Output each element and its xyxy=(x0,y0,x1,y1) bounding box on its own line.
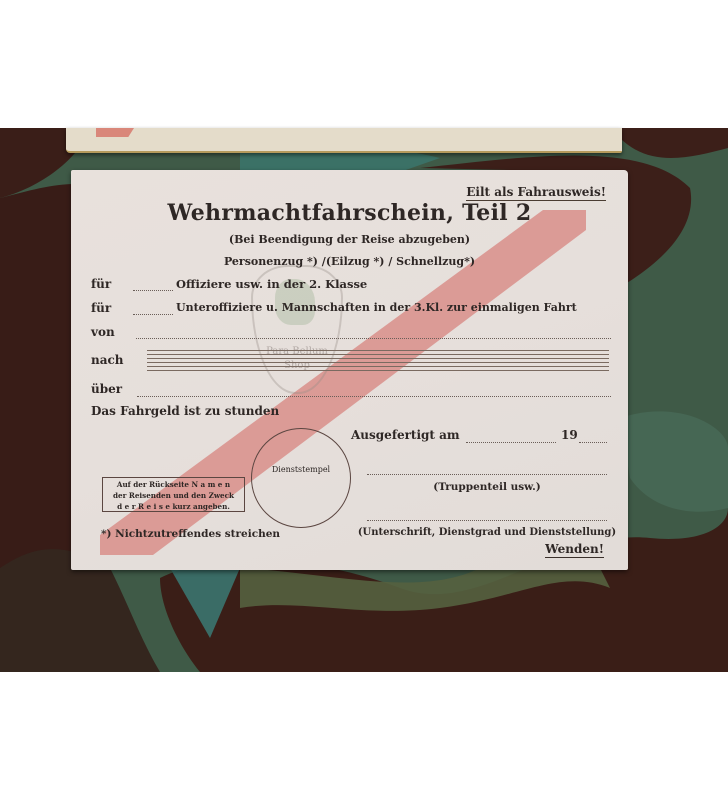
instruction-line-2: der Reisenden und den Zweck xyxy=(106,490,241,501)
signature-field[interactable] xyxy=(367,520,607,521)
issued-on-label: Ausgefertigt am xyxy=(351,428,460,442)
footnote: *) Nichtzutreffendes streichen xyxy=(101,528,280,540)
issued-year-field[interactable] xyxy=(579,442,607,443)
via-field[interactable] xyxy=(137,396,611,397)
row-label-nach: nach xyxy=(91,353,124,367)
year-prefix: 19 xyxy=(561,428,578,442)
row-text-officers: Offiziere usw. in der 2. Klasse xyxy=(176,277,367,291)
instruction-line-3: d e r R e i s e kurz angeben. xyxy=(106,501,241,512)
valid-as-ticket-badge: Eilt als Fahrausweis! xyxy=(466,185,606,201)
signature-label: (Unterschrift, Dienstgrad und Dienststel… xyxy=(357,527,617,538)
row-field-fuer-2[interactable] xyxy=(133,314,173,315)
fare-deferred-note: Das Fahrgeld ist zu stunden xyxy=(91,404,279,418)
unit-label: (Truppenteil usw.) xyxy=(367,481,607,493)
travel-voucher-form: Para Bellum Shop Eilt als Fahrausweis! W… xyxy=(71,170,628,570)
row-label-fuer-2: für xyxy=(91,301,111,315)
official-stamp-circle: Dienststempel xyxy=(251,428,351,528)
row-field-fuer-1[interactable] xyxy=(133,290,173,291)
form-title: Wehrmachtfahrschein, Teil 2 xyxy=(71,200,628,226)
pink-stripe-fragment xyxy=(96,128,134,137)
form-subtitle: (Bei Beendigung der Reise abzugeben) xyxy=(71,233,628,246)
stamp-label: Dienststempel xyxy=(252,465,350,474)
row-text-nco: Unteroffiziere u. Mannschaften in der 3.… xyxy=(176,301,577,314)
from-field[interactable] xyxy=(136,338,611,339)
row-label-fuer-1: für xyxy=(91,277,111,291)
issued-date-field[interactable] xyxy=(466,442,556,443)
to-field-lines[interactable] xyxy=(147,350,609,375)
turn-over-note: Wenden! xyxy=(545,542,604,558)
underlying-card xyxy=(66,128,622,153)
row-label-von: von xyxy=(91,325,115,339)
train-types: Personenzug *) /(Eilzug *) / Schnellzug*… xyxy=(71,255,628,268)
instruction-box: Auf der Rückseite N a m e n der Reisende… xyxy=(102,477,245,512)
instruction-line-1: Auf der Rückseite N a m e n xyxy=(106,479,241,490)
row-label-ueber: über xyxy=(91,382,122,396)
unit-field[interactable] xyxy=(367,474,607,475)
